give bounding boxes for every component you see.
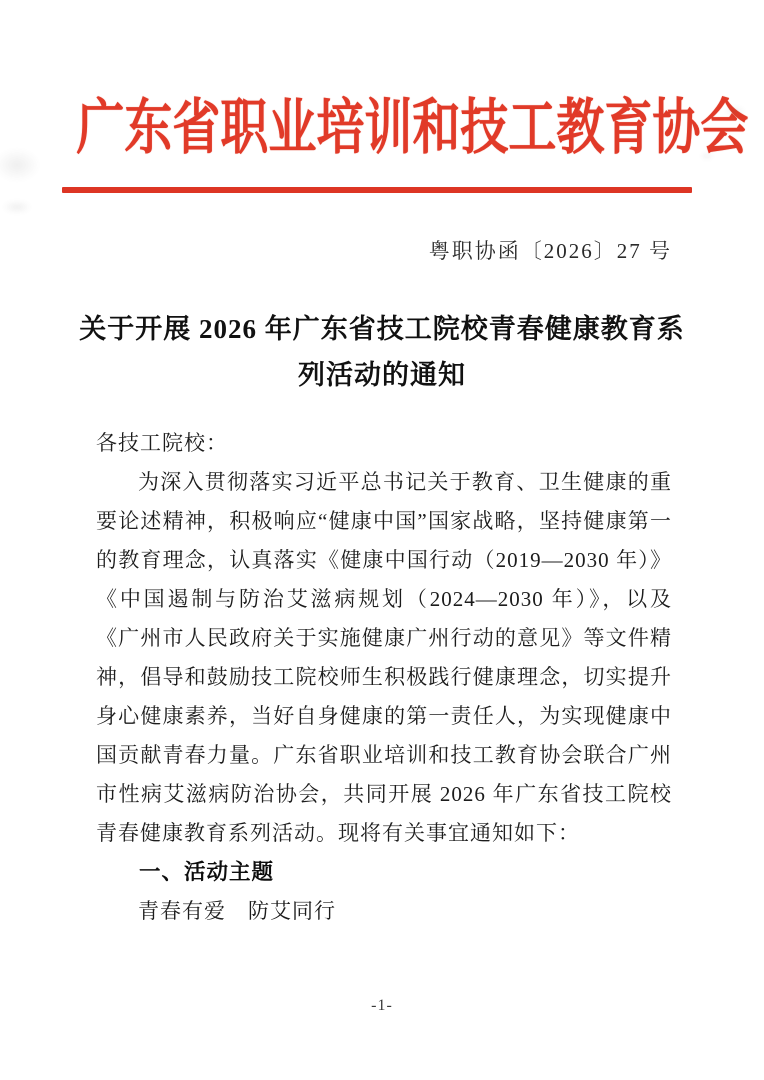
- intro-paragraph: 为深入贯彻落实习近平总书记关于教育、卫生健康的重要论述精神，积极响应“健康中国”…: [96, 463, 672, 853]
- scan-artifact: [0, 148, 40, 182]
- salutation: 各技工院校：: [96, 424, 672, 463]
- document-title: 关于开展 2026 年广东省技工院校青春健康教育系 列活动的通知: [0, 306, 764, 398]
- page-number: -1-: [0, 997, 764, 1015]
- section-1-theme-text: 青春有爱 防艾同行: [96, 892, 672, 931]
- document-title-line-2: 列活动的通知: [298, 360, 466, 390]
- document-page: 广东省职业培训和技工教育协会 粤职协函〔2026〕27 号 关于开展 2026 …: [0, 0, 764, 1080]
- scan-artifact: [2, 200, 32, 214]
- document-body: 各技工院校： 为深入贯彻落实习近平总书记关于教育、卫生健康的重要论述精神，积极响…: [96, 424, 672, 931]
- letterhead-divider-rule: [62, 187, 692, 193]
- document-title-line-1: 关于开展 2026 年广东省技工院校青春健康教育系: [79, 314, 685, 344]
- section-1-heading: 一、活动主题: [96, 853, 672, 892]
- letterhead-org-name: 广东省职业培训和技工教育协会: [76, 96, 687, 160]
- document-reference-number: 粤职协函〔2026〕27 号: [429, 236, 672, 266]
